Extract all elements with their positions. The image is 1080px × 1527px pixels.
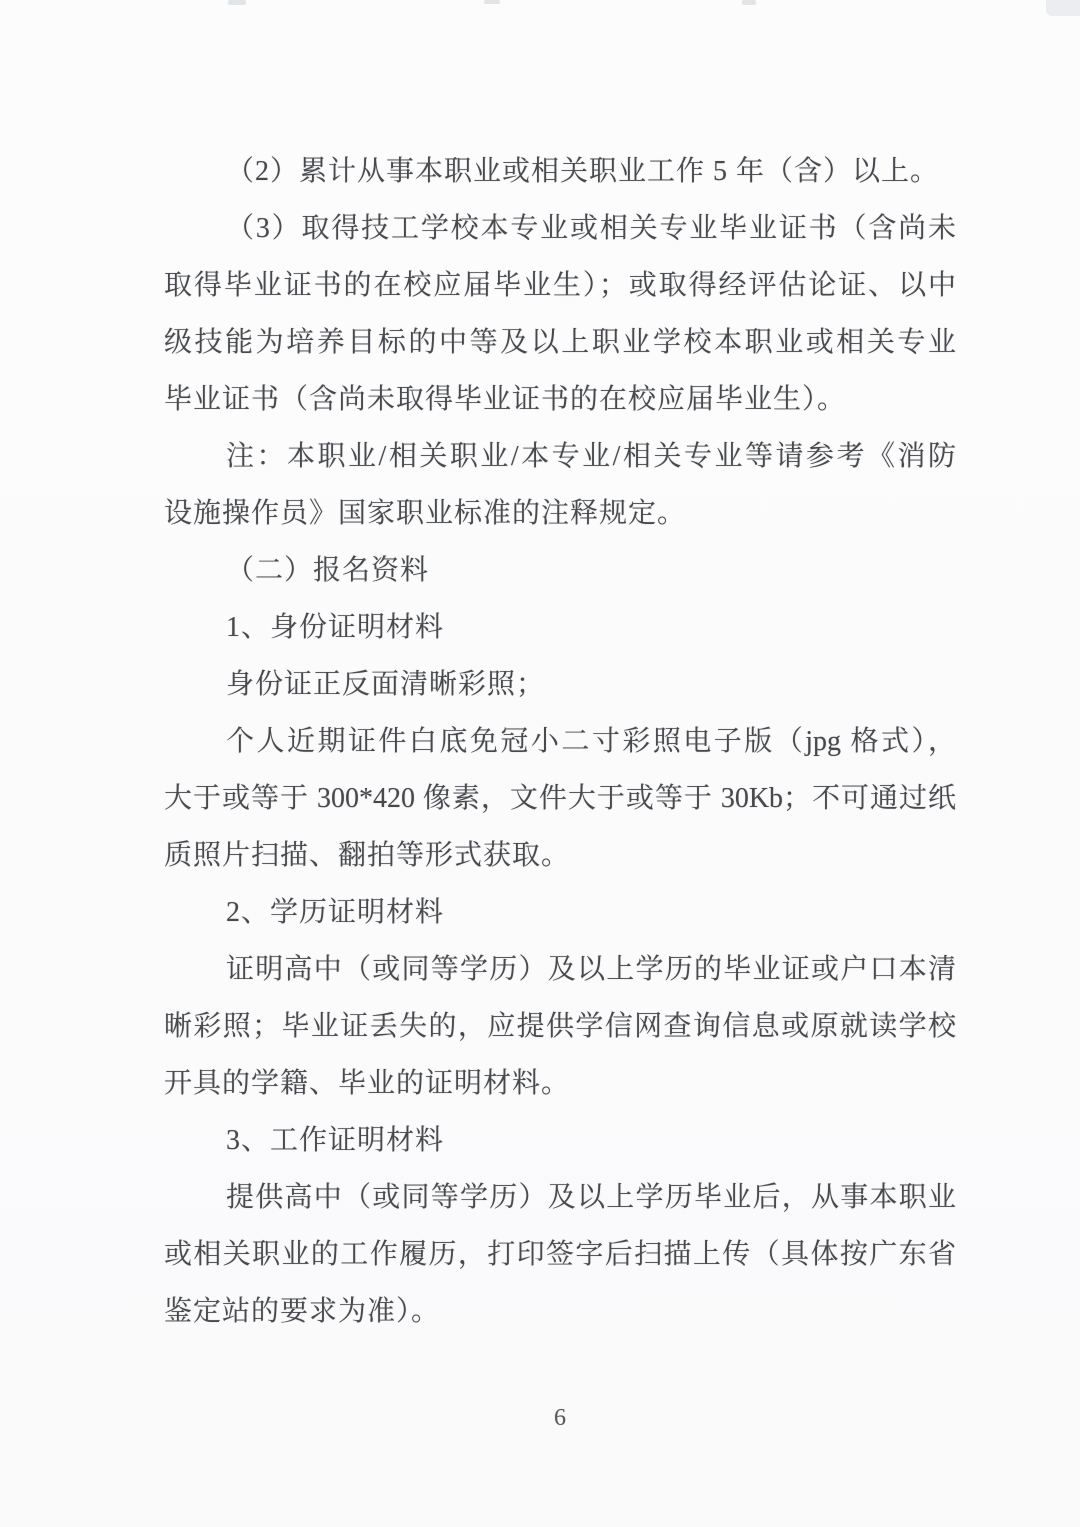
scan-edge-artifact — [228, 0, 246, 5]
text-line: 取得毕业证书的在校应届毕业生）；或取得经评估论证、以中 — [164, 257, 956, 314]
document-body: （2）累计从事本职业或相关职业工作 5 年（含）以上。（3）取得技工学校本专业或… — [164, 143, 956, 1340]
text-line: 或相关职业的工作履历，打印签字后扫描上传（具体按广东省 — [164, 1226, 956, 1283]
text-line: 1、身份证明材料 — [164, 599, 956, 656]
text-line: （2）累计从事本职业或相关职业工作 5 年（含）以上。 — [164, 143, 956, 200]
text-line: 级技能为培养目标的中等及以上职业学校本职业或相关专业 — [164, 314, 956, 371]
text-line: 晰彩照；毕业证丢失的，应提供学信网查询信息或原就读学校 — [164, 998, 956, 1055]
scan-corner-artifact — [1046, 0, 1080, 16]
text-line: 2、学历证明材料 — [164, 884, 956, 941]
text-line: （二）报名资料 — [164, 542, 956, 599]
text-line: 鉴定站的要求为准）。 — [164, 1283, 956, 1340]
text-line: 提供高中（或同等学历）及以上学历毕业后，从事本职业 — [164, 1169, 956, 1226]
page-number: 6 — [164, 1400, 956, 1436]
text-line: 身份证正反面清晰彩照； — [164, 656, 956, 713]
text-line: 注：本职业/相关职业/本专业/相关专业等请参考《消防 — [164, 428, 956, 485]
text-line: 质照片扫描、翻拍等形式获取。 — [164, 827, 956, 884]
text-line: 个人近期证件白底免冠小二寸彩照电子版（jpg 格式）， — [164, 713, 956, 770]
text-line: 毕业证书（含尚未取得毕业证书的在校应届毕业生）。 — [164, 371, 956, 428]
text-line: 大于或等于 300*420 像素，文件大于或等于 30Kb；不可通过纸 — [164, 770, 956, 827]
text-line: 证明高中（或同等学历）及以上学历的毕业证或户口本清 — [164, 941, 956, 998]
text-line: 3、工作证明材料 — [164, 1112, 956, 1169]
text-line: （3）取得技工学校本专业或相关专业毕业证书（含尚未 — [164, 200, 956, 257]
scan-edge-artifact — [484, 0, 500, 4]
scan-edge-artifact — [742, 0, 756, 5]
text-line: 开具的学籍、毕业的证明材料。 — [164, 1055, 956, 1112]
document-page: （2）累计从事本职业或相关职业工作 5 年（含）以上。（3）取得技工学校本专业或… — [0, 0, 1080, 1527]
text-line: 设施操作员》国家职业标准的注释规定。 — [164, 485, 956, 542]
